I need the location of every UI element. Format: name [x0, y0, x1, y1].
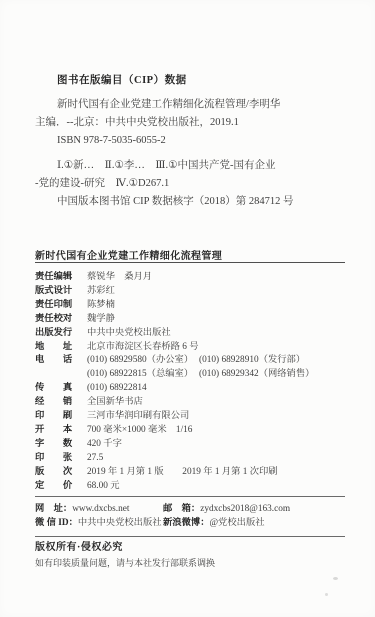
row-label: 印 张 [35, 452, 73, 466]
row-value: 700 毫米×1000 毫米 1/16 [87, 424, 192, 438]
wechat-id: 中共中央党校出版社 [78, 518, 162, 528]
row-label: 定 价 [35, 480, 73, 494]
title-rule [35, 262, 345, 263]
book-title: 新时代国有企业党建工作精细化流程管理 [35, 247, 345, 262]
colophon-row-word-count: 字 数 420 千字 [35, 438, 345, 452]
row-label: 出版发行 [35, 327, 73, 341]
phone-office: (010) 68929580（办公室） [87, 354, 199, 368]
copyright-page: 图书在版编目（CIP）数据 新时代国有企业党建工作精细化流程管理/李明华 主编．… [0, 0, 375, 617]
row-value: 2019 年 1 月第 1 版 2019 年 1 月第 1 次印刷 [87, 466, 278, 480]
row-label: 责任校对 [35, 313, 73, 327]
row-value: (010) 68922814 [87, 382, 147, 396]
row-value: 北京市海淀区长春桥路 6 号 [87, 341, 199, 355]
copyright-notice: 版权所有·侵权必究 [35, 538, 345, 553]
colophon: 责任编辑 蔡锐华 桑月月 版式设计 苏彩红 责任印制 陈梦楠 责任校对 魏学静 … [35, 271, 345, 494]
website-pair: 网 址：www.dxcbs.net [35, 502, 163, 517]
row-label: 字 数 [35, 438, 73, 452]
row-label: 开 本 [35, 424, 73, 438]
colophon-row-publisher: 出版发行 中共中央党校出版社 [35, 327, 345, 341]
phone-line-1: (010) 68929580（办公室）(010) 68928910（发行部） [87, 354, 314, 368]
colophon-row-format: 开 本 700 毫米×1000 毫米 1/16 [35, 424, 345, 438]
colophon-row-edition: 版 次 2019 年 1 月第 1 版 2019 年 1 月第 1 次印刷 [35, 466, 345, 480]
row-label: 责任编辑 [35, 271, 73, 285]
cip-record-line-1: 新时代国有企业党建工作精细化流程管理/李明华 [35, 96, 345, 114]
email-label: 邮 箱： [163, 504, 200, 514]
cip-classification: Ⅰ.①新… Ⅱ.①李… Ⅲ.①中国共产党-国有企业 -党的建设-研究 Ⅳ.①D2… [35, 157, 345, 193]
cip-header: 图书在版编目（CIP）数据 [35, 74, 345, 88]
cip-block: 图书在版编目（CIP）数据 新时代国有企业党建工作精细化流程管理/李明华 主编．… [35, 74, 345, 211]
contact-band: 网 址：www.dxcbs.net邮 箱：zydxcbs2018@163.com… [35, 496, 345, 537]
weibo-pair: 新浪微博：@党校出版社 [163, 518, 265, 528]
row-label: 版式设计 [35, 285, 73, 299]
contact-row-1: 网 址：www.dxcbs.net邮 箱：zydxcbs2018@163.com [35, 502, 345, 517]
row-label: 版 次 [35, 466, 73, 480]
quality-note: 如有印装质量问题，请与本社发行部联系调换 [35, 556, 345, 569]
colophon-row-layout-design: 版式设计 苏彩红 [35, 285, 345, 299]
scan-speck [333, 577, 338, 580]
colophon-row-sheets: 印 张 27.5 [35, 452, 345, 466]
phone-distribution: (010) 68928910（发行部） [199, 355, 305, 365]
row-label: 责任印制 [35, 299, 73, 313]
colophon-row-proofreader: 责任校对 魏学静 [35, 313, 345, 327]
website-url: www.dxcbs.net [72, 504, 129, 514]
row-value: 蔡锐华 桑月月 [87, 271, 152, 285]
phone-editorial-office: (010) 68922815（总编室） [87, 368, 199, 382]
cip-classification-line-1: Ⅰ.①新… Ⅱ.①李… Ⅲ.①中国共产党-国有企业 [35, 157, 345, 175]
row-value: 中共中央党校出版社 [87, 327, 171, 341]
cip-registration: 中国版本图书馆 CIP 数据核字（2018）第 284712 号 [35, 193, 345, 211]
row-value: 魏学静 [87, 313, 115, 327]
colophon-row-phone: 电 话 (010) 68929580（办公室）(010) 68928910（发行… [35, 354, 345, 382]
scan-speck [325, 593, 328, 596]
row-value: 420 千字 [87, 438, 122, 452]
cip-record: 新时代国有企业党建工作精细化流程管理/李明华 主编．--北京：中共中央党校出版社… [35, 96, 345, 150]
weibo-label: 新浪微博： [163, 518, 210, 528]
row-value: 68.00 元 [87, 480, 120, 494]
row-value: 全国新华书店 [87, 396, 143, 410]
row-value: 三河市华润印刷有限公司 [87, 410, 189, 424]
colophon-row-fax: 传 真 (010) 68922814 [35, 382, 345, 396]
wechat-label: 微 信 ID： [35, 518, 78, 528]
wechat-pair: 微 信 ID：中共中央党校出版社 [35, 516, 163, 531]
row-label: 经 销 [35, 396, 73, 410]
cip-classification-line-2: -党的建设-研究 Ⅳ.①D267.1 [35, 175, 345, 193]
row-label: 电 话 [35, 354, 73, 382]
cip-record-line-3: ISBN 978-7-5035-6055-2 [35, 132, 345, 150]
phone-values: (010) 68929580（办公室）(010) 68928910（发行部） (… [87, 354, 314, 382]
website-label: 网 址： [35, 504, 72, 514]
email-pair: 邮 箱：zydxcbs2018@163.com [163, 504, 290, 514]
colophon-row-editor: 责任编辑 蔡锐华 桑月月 [35, 271, 345, 285]
phone-line-2: (010) 68922815（总编室）(010) 68929342（网络销售） [87, 368, 314, 382]
colophon-row-distributor: 经 销 全国新华书店 [35, 396, 345, 410]
row-label: 传 真 [35, 382, 73, 396]
row-value: 27.5 [87, 452, 103, 466]
colophon-row-printer: 印 刷 三河市华润印刷有限公司 [35, 410, 345, 424]
contact-row-2: 微 信 ID：中共中央党校出版社新浪微博：@党校出版社 [35, 516, 345, 531]
colophon-row-print-supervisor: 责任印制 陈梦楠 [35, 299, 345, 313]
row-value: 陈梦楠 [87, 299, 115, 313]
weibo-handle: @党校出版社 [210, 518, 265, 528]
colophon-row-address: 地 址 北京市海淀区长春桥路 6 号 [35, 341, 345, 355]
row-label: 印 刷 [35, 410, 73, 424]
email-address: zydxcbs2018@163.com [200, 504, 290, 514]
phone-online-sales: (010) 68929342（网络销售） [199, 369, 314, 379]
row-value: 苏彩红 [87, 285, 115, 299]
cip-record-line-2: 主编．--北京：中共中央党校出版社，2019.1 [35, 114, 345, 132]
row-label: 地 址 [35, 341, 73, 355]
colophon-row-price: 定 价 68.00 元 [35, 480, 345, 494]
